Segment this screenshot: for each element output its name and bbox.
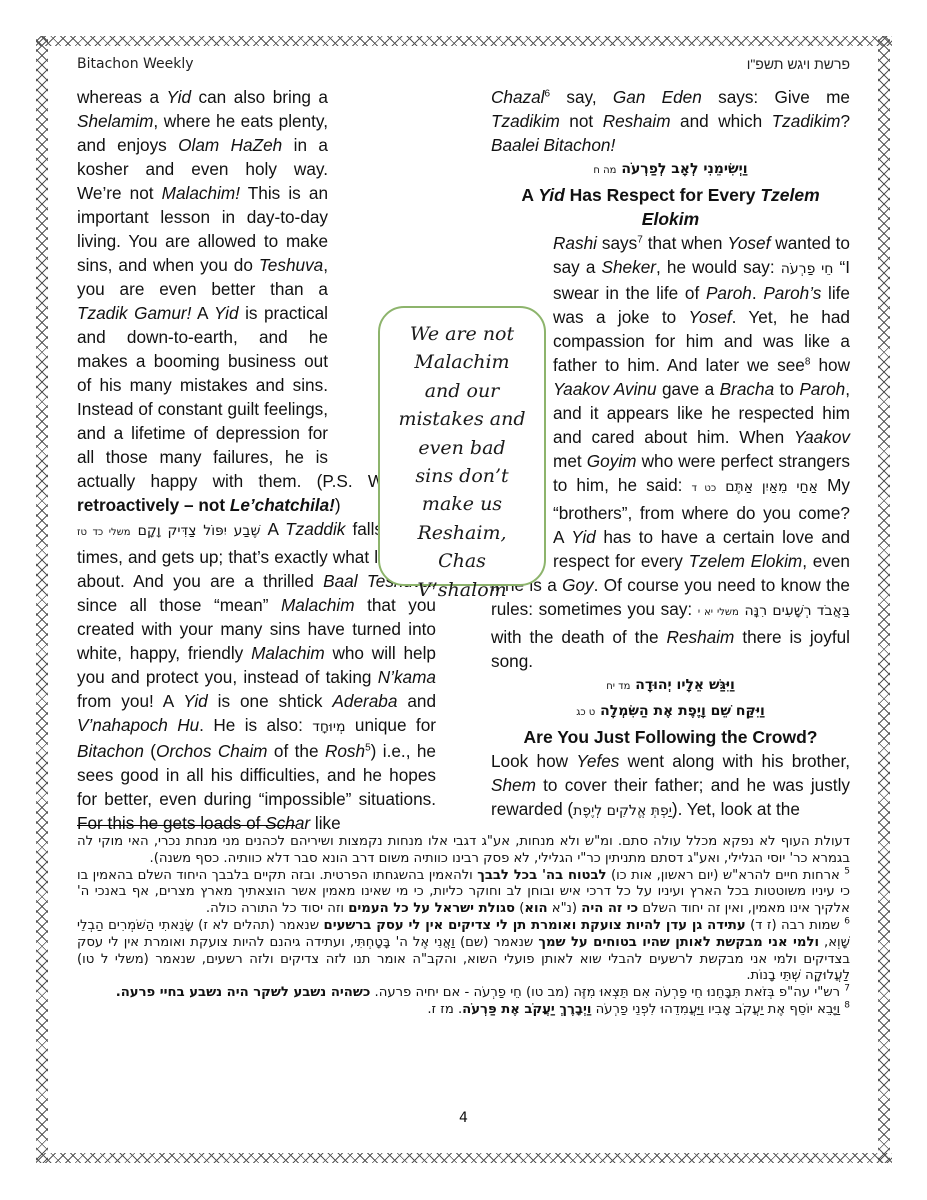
footnote-text-bold: ולמי אני מבקשת לאותן שהיו בטוחים על שמך [538, 935, 819, 950]
pull-quote-line: Reshaim, [380, 519, 544, 547]
text-run: gave a [657, 379, 720, 399]
footnote-5: 5 ארחות חיים להרא"ש (יום ראשון, אות כו) … [77, 868, 850, 918]
source-reference: משלי יא י [698, 607, 739, 618]
text-run-italic: Rosh [325, 741, 365, 761]
section-heading-2: Are You Just Following the Crowd? [491, 725, 850, 749]
text-run: ) [335, 495, 341, 515]
footnote-text-bold: כי זה היה [581, 901, 638, 916]
pull-quote-line: make us [380, 490, 544, 518]
text-run-italic: Tzadikim [772, 111, 841, 131]
text-run-italic: Bitachon [77, 741, 144, 761]
text-run-italic: Yaakov [794, 427, 850, 447]
text-run: . [752, 283, 763, 303]
text-run-italic: N’kama [378, 667, 436, 687]
footnote-text: שמות רבה (ז ד) [746, 918, 840, 933]
footnote-number: 8 [844, 1001, 850, 1011]
footnote-text-bold: הוא [524, 901, 547, 916]
text-run-italic: Schar [265, 813, 310, 833]
text-run-italic: Sheker [602, 257, 656, 277]
footnote-text-bold: כשהיה נשבע לשקר היה נשבע בחיי פרעה. [116, 985, 371, 1000]
footnote-text: . מז ז. [427, 1002, 462, 1017]
page-border-bottom [36, 1153, 892, 1163]
text-run: how [810, 355, 850, 375]
hebrew-verse-heading-1: וַיְשִׂימֵנִי לְאָב לְפַרְעֹה מה ח [491, 157, 850, 183]
text-run-italic: Yid [214, 303, 239, 323]
text-run-italic: Baalei Bitachon! [491, 135, 615, 155]
text-run-italic: Yaakov Avinu [553, 379, 657, 399]
text-run: ? [840, 111, 850, 131]
text-run: and [397, 691, 436, 711]
footnote-6: 6 שמות רבה (ז ד) עתידה גן עדן להיות צועק… [77, 918, 850, 985]
text-run-bold: retroactively – not [77, 495, 230, 515]
pull-quote-line: V’shalom [380, 576, 544, 604]
heading-run: A [521, 185, 538, 205]
footnote-text: ארחות חיים להרא"ש (יום ראשון, אות כו) [607, 868, 840, 883]
footnote-continued: דעולת העוף לא נפקא מכלל עולה סתם. ומ"ש ו… [77, 834, 850, 868]
text-run: with the death of the [491, 627, 667, 647]
footnote-text-bold: עתידה גן עדן להיות צועקת ואומרת תן לי צד… [324, 918, 746, 933]
text-run: not [560, 111, 603, 131]
footnote-number: 7 [844, 984, 850, 994]
text-run-italic: Tzadikim [491, 111, 560, 131]
text-run: met [553, 451, 587, 471]
source-reference: משלי כד טז [77, 527, 131, 538]
footnote-number: 5 [844, 866, 850, 876]
pull-quote-box: We are not Malachim and our mistakes and… [378, 306, 546, 586]
footnote-text: וַיָּבֵא יוֹסֵף אֶת יַעֲקֹב אָבִיו וַיַּ… [591, 1002, 840, 1017]
text-run-italic: Olam HaZeh [178, 135, 282, 155]
text-run-italic: Tzelem Elokim [689, 551, 803, 571]
text-run: went along with his brother, [619, 751, 850, 771]
page-border-top [36, 36, 892, 46]
text-run: A [260, 519, 285, 539]
text-run: say, [550, 87, 613, 107]
footnote-text: ) [515, 901, 524, 916]
text-run: Look how [491, 751, 576, 771]
text-run: of the [268, 741, 325, 761]
pull-quote-line: and our [380, 377, 544, 405]
page-border-right [878, 36, 890, 1163]
text-run-italic: Reshaim [603, 111, 671, 131]
hebrew-quote: שֶׁבַע יִפּוֹל צַדִּיק וָקָם [138, 523, 261, 539]
text-run: can also bring a [191, 87, 328, 107]
text-run: says: Give me [702, 87, 850, 107]
text-run-italic: Goyim [587, 451, 637, 471]
text-run-italic: Malachim [251, 643, 325, 663]
footnotes: דעולת העוף לא נפקא מכלל עולה סתם. ומ"ש ו… [77, 834, 850, 1019]
text-run-italic: Yosef [689, 307, 732, 327]
text-run: is one shtick [208, 691, 333, 711]
text-run: like [310, 813, 341, 833]
hebrew-word: חֵי פַרְעֹה [781, 261, 834, 277]
footnote-text-bold: וַיְבָרֶךְ יַעֲקֹב אֶת פַּרְעֹה [462, 1002, 591, 1017]
text-run: A [191, 303, 214, 323]
text-run: ). Yet, look at the [672, 799, 800, 819]
text-run-italic: Shem [491, 775, 536, 795]
hebrew-quote: בַּאֲבֹד רְשָׁעִים רִנָּה [744, 603, 850, 619]
pull-quote-line: sins don’t [380, 462, 544, 490]
text-run: says [597, 233, 637, 253]
right-paragraph-3: Look how Yefes went along with his broth… [491, 749, 850, 823]
footnote-8: 8 וַיָּבֵא יוֹסֵף אֶת יַעֲקֹב אָבִיו וַי… [77, 1002, 850, 1019]
pull-quote-line: Malachim [380, 348, 544, 376]
hebrew-word: מְיוּחָד [312, 719, 345, 735]
hebrew-verse-heading-3: וַיִּקַּח שֵׁם וָיֶפֶת אֶת הַשִּׂמְלָה ט… [491, 699, 850, 725]
text-run: to [774, 379, 799, 399]
text-run-italic: Bracha [720, 379, 774, 399]
text-run: . He is also: [199, 715, 312, 735]
source-reference: מה ח [593, 165, 616, 176]
text-run-italic: Malachim [281, 595, 355, 615]
source-reference: כט ד [691, 483, 716, 494]
pull-quote-line: We are not [380, 320, 544, 348]
text-run: ( [144, 741, 156, 761]
text-run: , he would say: [656, 257, 781, 277]
text-run-italic: V’nahapoch Hu [77, 715, 199, 735]
text-run-italic: Yosef [727, 233, 770, 253]
heading-run-italic: Yid [538, 185, 565, 205]
text-run-italic: Yid [183, 691, 208, 711]
hebrew-verse-heading-2: וַיִּגַּשׁ אֵלָיו יְהוּדָה מד יח [491, 673, 850, 699]
text-run: and which [671, 111, 772, 131]
footnote-text: וזה יסוד כל התורה כולה. [206, 901, 348, 916]
text-run-italic: Goy [562, 575, 594, 595]
text-run: whereas a [77, 87, 167, 107]
text-run-italic: Paroh’s [763, 283, 821, 303]
footnote-text-bold: לבטוח בה' בכל לבבך [477, 868, 606, 883]
text-run-italic: Yid [571, 527, 596, 547]
text-run-italic: Teshuva [259, 255, 323, 275]
text-run-italic: Paroh [706, 283, 752, 303]
footnote-text: (נ"א [548, 901, 582, 916]
header-publication-title: Bitachon Weekly [77, 56, 194, 72]
heading-run: Has Respect for Every [565, 185, 761, 205]
footnote-separator [77, 825, 295, 826]
pull-quote-line: even bad [380, 434, 544, 462]
footnote-7: 7 רש"י עה"פ בְּזֹאת תִּבָּחֵנוּ חֵי פַרְ… [77, 985, 850, 1002]
text-run-italic: Malachim! [162, 183, 240, 203]
page-border-left [36, 36, 48, 1163]
footnote-text-bold: סגולת ישראל על כל העמים [348, 901, 515, 916]
hebrew-quote: יַפְתְּ אֱלֹקִים לְיֶפֶת [573, 803, 672, 819]
text-run-italic: Tzaddik [285, 519, 345, 539]
text-run: that when [643, 233, 728, 253]
text-run-italic: Rashi [553, 233, 597, 253]
text-run: from you! A [77, 691, 183, 711]
text-run-italic: Shelamim [77, 111, 153, 131]
section-heading-1: A Yid Has Respect for Every Tzelem Eloki… [491, 183, 850, 231]
pull-quote-line: Chas [380, 547, 544, 575]
text-run-italic: Chazal [491, 87, 545, 107]
hebrew-verse: וַיִּגַּשׁ אֵלָיו יְהוּדָה [635, 677, 735, 693]
text-run-italic: Reshaim [667, 627, 735, 647]
hebrew-quote: אַחַי מֵאַיִן אַתֶּם [725, 479, 818, 495]
header-parsha-title: פרשת ויגש תשפ"ו [747, 56, 850, 72]
hebrew-verse: וַיְשִׂימֵנִי לְאָב לְפַרְעֹה [621, 161, 747, 177]
source-reference: מד יח [606, 681, 630, 692]
source-reference: ט כג [576, 707, 595, 718]
text-run-italic: Yid [167, 87, 192, 107]
text-run-italic: Paroh [799, 379, 845, 399]
text-run-italic: Gan Eden [613, 87, 702, 107]
footnote-text: רש"י עה"פ בְּזֹאת תִּבָּחֵנוּ חֵי פַרְעֹ… [370, 985, 840, 1000]
text-run-italic: Orchos Chaim [156, 741, 267, 761]
text-run-italic: Yefes [576, 751, 619, 771]
text-run-italic: Tzadik Gamur! [77, 303, 191, 323]
right-paragraph-1: Chazal6 say, Gan Eden says: Give me Tzad… [491, 85, 850, 157]
text-run: unique for [346, 715, 436, 735]
page-number: 4 [459, 1110, 468, 1126]
hebrew-verse: וַיִּקַּח שֵׁם וָיֶפֶת אֶת הַשִּׂמְלָה [600, 703, 765, 719]
text-run-bold-italic: Le’chatchila! [230, 495, 335, 515]
pull-quote-line: mistakes and [380, 405, 544, 433]
text-run-italic: Aderaba [332, 691, 397, 711]
footnote-number: 6 [844, 917, 850, 927]
